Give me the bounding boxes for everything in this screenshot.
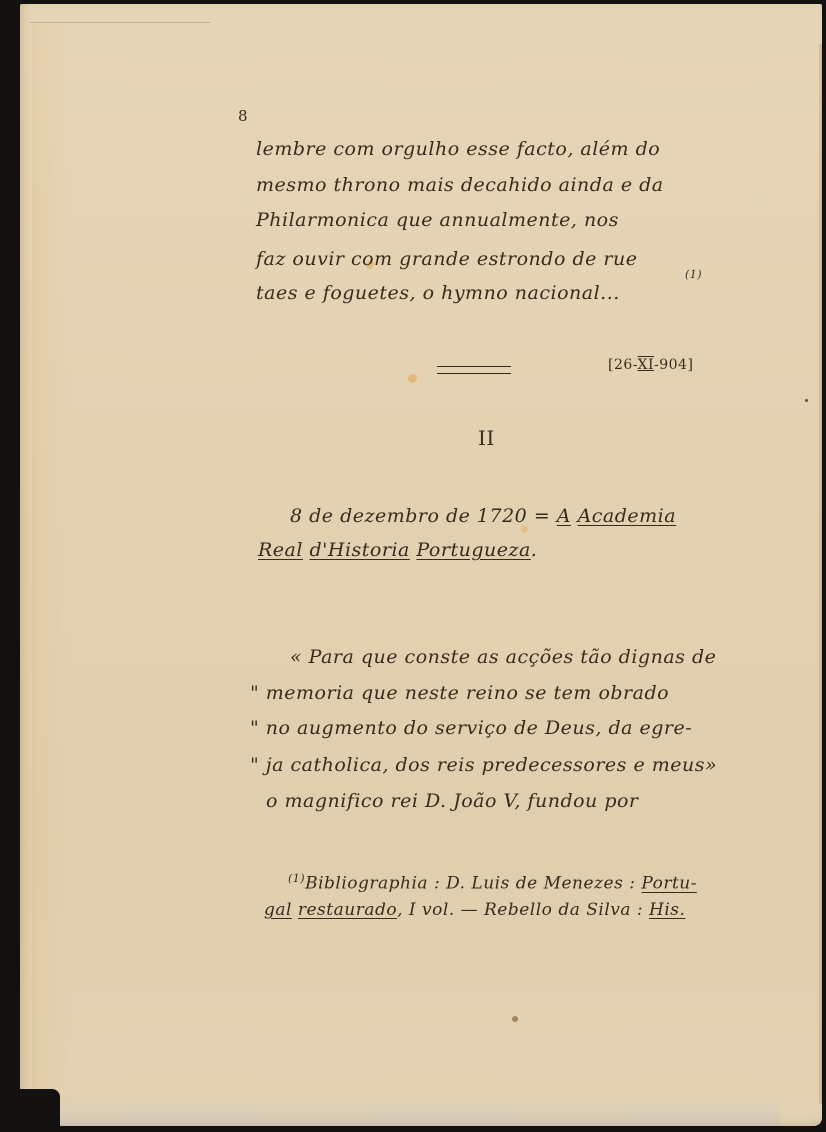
footnote-line-2: gal restaurado, I vol. — Rebello da Silv… [264, 900, 685, 920]
section-separator [437, 366, 511, 374]
manuscript-page [20, 4, 822, 1126]
footnote-marker: (1) [685, 268, 702, 281]
heading-word: Portugueza [416, 539, 530, 561]
heading-date: 8 de dezembro de 1720 = [290, 505, 557, 527]
bottom-edge-fade [60, 1096, 780, 1126]
text-line: lembre com orgulho esse facto, além do [256, 140, 660, 159]
quote-line: « Para que conste as acções tão dignas d… [290, 648, 716, 667]
quote-line: " ja catholica, dos reis predecessores e… [250, 756, 717, 775]
text-line: taes e foguetes, o hymno nacional... [256, 284, 620, 303]
section-heading-line-2: Real d'Historia Portugueza. [258, 541, 537, 560]
section-numeral: II [478, 426, 495, 450]
date-year: -904] [654, 357, 693, 373]
footnote-title: restaurado [298, 900, 397, 920]
text-line: mesmo throno mais decahido ainda e da [256, 176, 664, 195]
footnote-title: gal [264, 900, 292, 920]
period: . [531, 539, 538, 561]
section-heading-line-1: 8 de dezembro de 1720 = A Academia [290, 507, 676, 526]
fold-line [30, 22, 210, 23]
right-edge-shadow [818, 44, 822, 1104]
footnote-title: His. [649, 900, 685, 920]
footnote-line-1: (1)Bibliographia : D. Luis de Menezes : … [288, 872, 697, 894]
torn-corner [0, 1089, 60, 1132]
date-month: XI [638, 357, 655, 373]
footnote-title: Portu- [641, 874, 697, 894]
heading-word: Real [258, 539, 303, 561]
foxing-spot [521, 526, 528, 533]
date-day: [26- [608, 357, 638, 373]
heading-word: Academia [578, 505, 677, 527]
quote-line: o magnifico rei D. João V, fundou por [266, 792, 639, 811]
text-line: Philarmonica que annualmente, nos [256, 211, 619, 230]
page-number: 8 [238, 107, 248, 125]
edge-stain [32, 24, 72, 1104]
footnote-text: , I vol. — Rebello da Silva : [397, 900, 649, 920]
text-line: faz ouvir com grande estrondo de rue [256, 250, 637, 269]
heading-word: d'Historia [310, 539, 410, 561]
scan-background [0, 0, 826, 1132]
foxing-spot [512, 1016, 518, 1022]
footnote-marker: (1) [288, 872, 305, 885]
quote-line: " memoria que neste reino se tem obrado [250, 684, 669, 703]
ink-dot [805, 399, 808, 402]
footnote-text: Bibliographia : D. Luis de Menezes : [305, 874, 641, 894]
foxing-spot [408, 374, 417, 383]
date-stamp: [26-XI-904] [608, 357, 693, 373]
heading-word: A [557, 505, 571, 527]
quote-line: " no augmento do serviço de Deus, da egr… [250, 719, 692, 738]
